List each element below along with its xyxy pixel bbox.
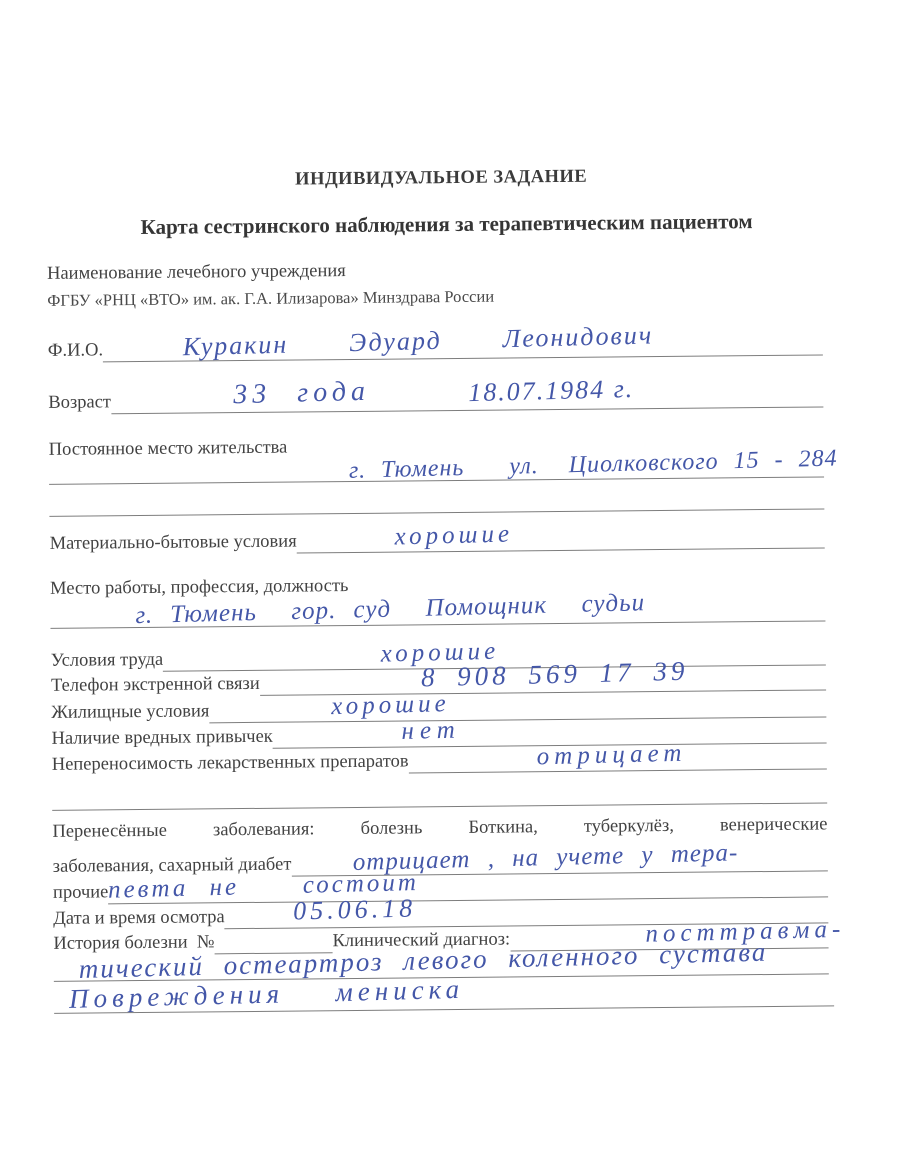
field-row-work-line: г. Тюмень гор. суд Помощник судьи [50,589,825,628]
material-conditions-label: Материально-бытовые условия [50,532,297,556]
document-content: ИНДИВИДУАЛЬНОЕ ЗАДАНИЕ Карта сестринског… [0,0,910,1155]
residence-extra-blank-line [49,477,824,516]
fio-label: Ф.И.О. [48,341,103,363]
material-conditions-blank-line [296,516,824,553]
field-row-drug-intolerance: Непереносимость лекарственных препаратов… [52,737,827,776]
document-title: ИНДИВИДУАЛЬНОЕ ЗАДАНИЕ [0,164,886,194]
age-handwritten-value: 33 года [233,378,370,409]
institution-label: Наименование лечебного учреждения [47,261,346,285]
field-row-empty-line [52,771,827,810]
birthdate-handwritten-value: 18.07.1984 г. [468,376,634,406]
field-row-fio: Ф.И.О. Куракин Эдуард Леонидович [48,323,823,362]
empty-blank-line [52,771,827,810]
scanned-form-page: ИНДИВИДУАЛЬНОЕ ЗАДАНИЕ Карта сестринског… [0,0,910,1155]
field-row-material-conditions: Материально-бытовые условия хорошие [49,516,824,555]
drug-intolerance-handwritten-value: отрицает [536,741,686,770]
age-label: Возраст [48,393,111,415]
document-subtitle: Карта сестринского наблюдения за терапев… [0,208,897,242]
field-row-age: Возраст 33 года 18.07.1984 г. [48,375,823,414]
institution-value: ФГБУ «РНЦ «ВТО» им. ак. Г.А. Илизарова» … [47,287,494,311]
drug-intolerance-label: Непереносимость лекарственных препаратов [52,752,409,777]
bad-habits-handwritten-value: нет [401,717,461,743]
field-row-diagnosis-line3: Повреждения мениска [54,974,834,1013]
material-conditions-handwritten-value: хорошие [394,522,513,550]
field-row-residence-extra-line [49,477,824,516]
past-diseases-paragraph: Перенесённые заболевания: болезнь Боткин… [52,814,827,842]
